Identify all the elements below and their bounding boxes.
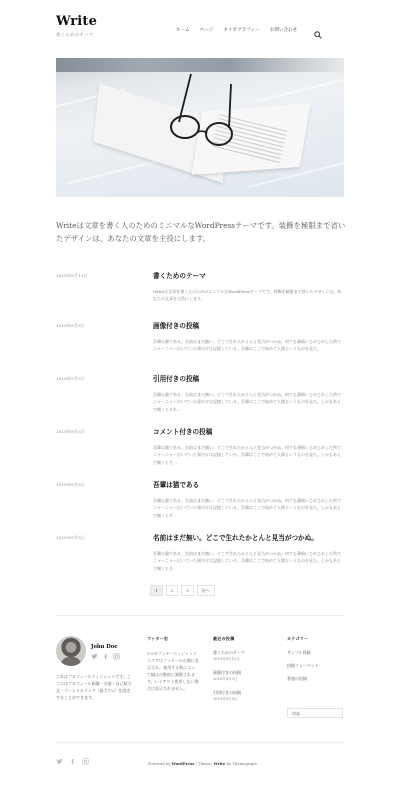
- page-1-button[interactable]: 1: [150, 585, 163, 596]
- post-date: 2018年9月3日: [56, 429, 85, 435]
- recent-posts-widget: 最近の投稿 書くためのテーマ 2018年9月12日 画像付きの投稿 2018年9…: [213, 636, 273, 710]
- footer-widgets: John Doe これはプロフィールウィジェットです。ここにはプロフィール画像・…: [56, 636, 344, 736]
- nav-item-home[interactable]: ホーム: [176, 27, 190, 33]
- post-date: 2018年9月12日: [56, 273, 88, 279]
- divider: [56, 615, 344, 616]
- hero-image: [56, 58, 344, 197]
- footer-search-input[interactable]: [287, 708, 343, 718]
- post-date: 2018年9月3日: [56, 535, 85, 541]
- facebook-icon[interactable]: [69, 758, 76, 765]
- categories-widget: カテゴリー サンプル投稿 投稿フォーマット 普通の投稿: [287, 636, 345, 736]
- nav-item-page[interactable]: ページ: [200, 27, 214, 33]
- post-title[interactable]: 吾輩は猫である: [153, 479, 199, 489]
- post-title[interactable]: 引用付きの投稿: [153, 373, 199, 383]
- site-footer: Powered by WordPress | Theme: Write by T…: [56, 757, 344, 769]
- text-widget: フッター右 3つのフッターウィジェットエリアはフッターの右側に表示され、使用する…: [147, 636, 199, 692]
- pagination: 1 2 3 次へ: [150, 585, 215, 596]
- profile-name: John Doe: [91, 644, 118, 650]
- eyeglasses-icon: [141, 70, 251, 150]
- post-date: 2018年9月3日: [56, 482, 85, 488]
- sheet-fold: [257, 76, 344, 102]
- site-title[interactable]: Write: [56, 14, 97, 29]
- post-title[interactable]: 画像付きの投稿: [153, 320, 199, 330]
- next-page-button[interactable]: 次へ: [197, 585, 215, 596]
- twitter-icon[interactable]: [56, 758, 63, 765]
- site-description: 書くためのテーマ: [56, 32, 94, 38]
- divider: [56, 742, 344, 743]
- nav-item-contact[interactable]: お問い合わせ: [270, 27, 298, 33]
- text-widget-body: 3つのフッターウィジェットエリアはフッターの右側に表示され、使用する数によって幅…: [147, 650, 199, 692]
- post-title[interactable]: 書くためのテーマ: [153, 270, 206, 280]
- categories-title: カテゴリー: [287, 636, 345, 642]
- profile-social-links: [91, 653, 120, 660]
- instagram-icon[interactable]: [113, 653, 120, 660]
- post-title[interactable]: コメント付きの投稿: [153, 426, 212, 436]
- category-link-format[interactable]: 投稿フォーマット: [287, 663, 345, 669]
- profile-bio: これはプロフィールウィジェットです。ここにはプロフィール画像・名前・自己紹介文・…: [56, 673, 132, 701]
- post-excerpt: 吾輩は猫である。名前はまだ無い。どこで生れたかとんと見当がつかぬ。何でも薄暗いじ…: [153, 497, 343, 519]
- credit-text: Powered by: [148, 761, 172, 766]
- recent-post-date: 2018年9月3日: [213, 696, 273, 702]
- instagram-icon[interactable]: [82, 758, 89, 765]
- recent-post-date: 2018年9月3日: [213, 676, 273, 682]
- twitter-icon[interactable]: [91, 653, 98, 660]
- recent-posts-title: 最近の投稿: [213, 636, 273, 642]
- post-date: 2018年9月3日: [56, 376, 85, 382]
- text-widget-title: フッター右: [147, 636, 199, 642]
- post-excerpt: 吾輩は猫である。名前はまだ無い。どこで生れたかとんと見当がつかぬ。何でも薄暗いじ…: [153, 391, 343, 413]
- post-excerpt: Writeは文章を書く人のためのミニマルなWordPressテーマです。装飾を極…: [153, 288, 343, 303]
- credit-text: | Theme:: [194, 761, 213, 766]
- intro-text: Writeは文章を書く人のためのミニマルなWordPressテーマです。装飾を極…: [56, 220, 346, 245]
- wordpress-link[interactable]: WordPress: [172, 761, 195, 766]
- post-title[interactable]: 名前はまだ無い。どこで生れたかとんと見当がつかぬ。: [153, 532, 318, 542]
- avatar: [56, 636, 86, 666]
- main-nav: ホーム ページ タイポグラフィー お問い合わせ: [176, 27, 297, 33]
- post-excerpt: 吾輩は猫である。名前はまだ無い。どこで生れたかとんと見当がつかぬ。何でも薄暗いじ…: [153, 550, 343, 572]
- footer-social-links: [56, 758, 89, 765]
- post-excerpt: 吾輩は猫である。名前はまだ無い。どこで生れたかとんと見当がつかぬ。何でも薄暗いじ…: [153, 338, 343, 353]
- site-header: Write 書くためのテーマ ホーム ページ タイポグラフィー お問い合わせ: [56, 14, 344, 44]
- post-excerpt: 吾輩は猫である。名前はまだ無い。どこで生れたかとんと見当がつかぬ。何でも薄暗いじ…: [153, 444, 343, 466]
- theme-link[interactable]: Write: [214, 761, 226, 766]
- recent-post-date: 2018年9月12日: [213, 656, 273, 662]
- category-link-normal[interactable]: 普通の投稿: [287, 676, 345, 682]
- author-link[interactable]: Themograph: [232, 761, 257, 766]
- facebook-icon[interactable]: [102, 653, 109, 660]
- page-3-button[interactable]: 3: [181, 585, 194, 596]
- search-icon[interactable]: [314, 24, 324, 34]
- page-2-button[interactable]: 2: [166, 585, 179, 596]
- nav-item-typography[interactable]: タイポグラフィー: [224, 27, 260, 33]
- category-link-sample[interactable]: サンプル投稿: [287, 650, 345, 656]
- footer-credit: Powered by WordPress | Theme: Write by T…: [148, 761, 257, 766]
- post-date: 2018年9月3日: [56, 323, 85, 329]
